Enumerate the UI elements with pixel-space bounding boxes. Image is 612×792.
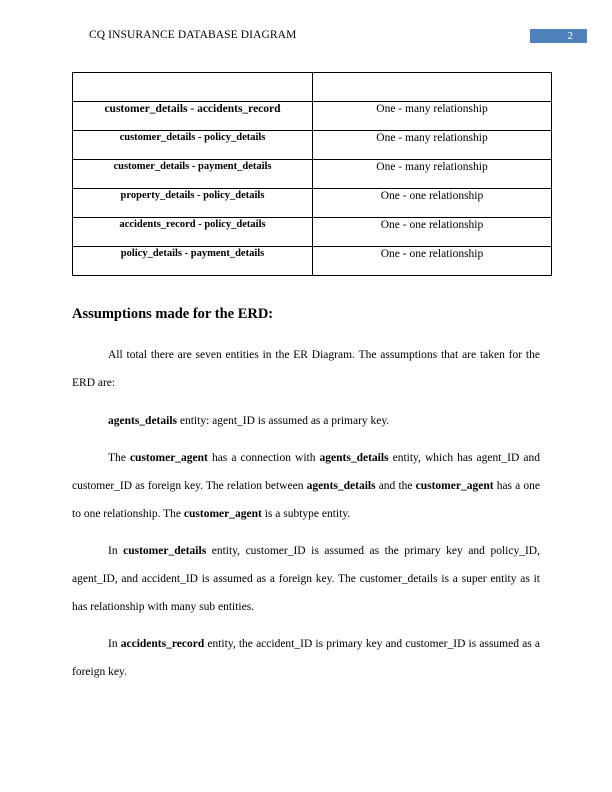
relationship-cell: One - many relationship xyxy=(313,160,552,189)
entity-name: customer_agent xyxy=(416,480,494,492)
paragraph-agents-details: agents_details entity: agent_ID is assum… xyxy=(72,407,540,435)
running-header-title: CQ INSURANCE DATABASE DIAGRAM xyxy=(89,29,296,41)
paragraph-customer-agent: The customer_agent has a connection with… xyxy=(72,444,540,528)
entity-pair-cell: customer_details - accidents_record xyxy=(73,102,313,131)
paragraph-text: All total there are seven entities in th… xyxy=(72,349,540,389)
entity-name: agents_details xyxy=(307,480,376,492)
section-heading: Assumptions made for the ERD: xyxy=(72,306,273,323)
table-cell xyxy=(73,73,313,102)
page-number-badge: 2 xyxy=(530,29,587,43)
paragraph-text: entity: agent_ID is assumed as a primary… xyxy=(177,415,389,427)
paragraph-text: has a connection with xyxy=(208,452,320,464)
paragraph-intro: All total there are seven entities in th… xyxy=(72,341,540,397)
entity-pair-cell: policy_details - payment_details xyxy=(73,247,313,276)
paragraph-text: In xyxy=(108,638,121,650)
relationship-cell: One - one relationship xyxy=(313,218,552,247)
paragraph-text: The xyxy=(108,452,130,464)
table-row: policy_details - payment_details One - o… xyxy=(73,247,552,276)
table-cell xyxy=(313,73,552,102)
paragraph-text: is a subtype entity. xyxy=(262,508,350,520)
entity-pair-cell: accidents_record - policy_details xyxy=(73,218,313,247)
entity-name: agents_details xyxy=(320,452,389,464)
table-row: property_details - policy_details One - … xyxy=(73,189,552,218)
relationship-cell: One - many relationship xyxy=(313,131,552,160)
relationship-table: customer_details - accidents_record One … xyxy=(72,72,552,276)
entity-pair-cell: customer_details - payment_details xyxy=(73,160,313,189)
table-header-row xyxy=(73,73,552,102)
paragraph-accidents-record: In accidents_record entity, the accident… xyxy=(72,630,540,686)
table-row: accidents_record - policy_details One - … xyxy=(73,218,552,247)
entity-name: agents_details xyxy=(108,415,177,427)
paragraph-text: and the xyxy=(376,480,416,492)
entity-name: customer_agent xyxy=(184,508,262,520)
relationship-cell: One - many relationship xyxy=(313,102,552,131)
paragraph-customer-details: In customer_details entity, customer_ID … xyxy=(72,537,540,621)
entity-name: customer_agent xyxy=(130,452,208,464)
entity-pair-cell: property_details - policy_details xyxy=(73,189,313,218)
entity-name: customer_details xyxy=(123,545,206,557)
relationship-cell: One - one relationship xyxy=(313,247,552,276)
table-row: customer_details - policy_details One - … xyxy=(73,131,552,160)
paragraph-text: In xyxy=(108,545,123,557)
table-row: customer_details - accidents_record One … xyxy=(73,102,552,131)
entity-pair-cell: customer_details - policy_details xyxy=(73,131,313,160)
entity-name: accidents_record xyxy=(121,638,204,650)
relationship-cell: One - one relationship xyxy=(313,189,552,218)
table-row: customer_details - payment_details One -… xyxy=(73,160,552,189)
